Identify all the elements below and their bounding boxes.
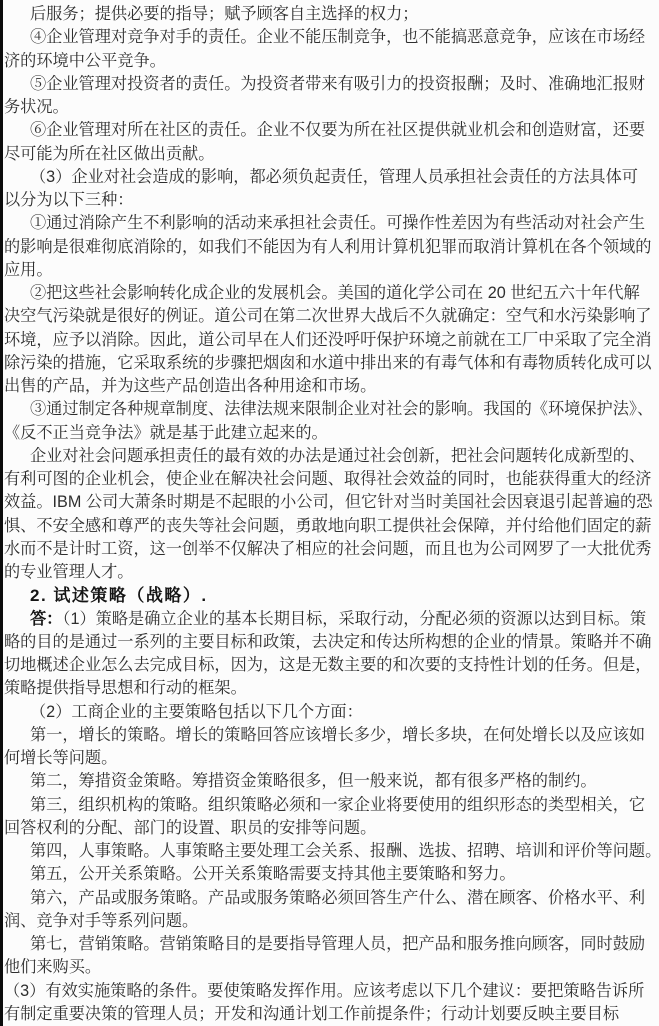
text-line: ①通过消除产生不利影响的活动来承担社会责任。可操作性差因为有些活动对社会产生 xyxy=(3,212,659,235)
text-line: ②把这些社会影响转化成企业的发展机会。美国的道化学公司在 20 世纪五六十年代解 xyxy=(3,282,659,305)
text-line: ④企业管理对竞争对手的责任。企业不能压制竞争，也不能搞恶意竞争，应该在市场经 xyxy=(3,26,659,49)
text-line: 出售的产品，并为这些产品创造出各种用途和市场。 xyxy=(3,375,659,398)
answer-label: 答： xyxy=(30,610,62,628)
text-line: ⑥企业管理对所在社区的责任。企业不仅要为所在社区提供就业机会和创造财富，还要 xyxy=(3,119,659,142)
text-line: 务状况。 xyxy=(3,96,659,119)
text-line: 第五，公开关系策略。公开关系策略需要支持其他主要策略和努力。 xyxy=(3,863,659,886)
text-line: 惧、不安全感和尊严的丧失等社会问题，勇敢地向职工提供社会保障，并付给他们固定的薪 xyxy=(3,515,659,538)
text-line: ③通过制定各种规章制度、法律法规来限制企业对社会的影响。我国的《环境保护法》、 xyxy=(3,398,659,421)
text-line: 第七，营销策略。营销策略目的是要指导管理人员，把产品和服务推向顾客，同时鼓励 xyxy=(3,933,659,956)
text-line: 尽可能为所在社区做出贡献。 xyxy=(3,143,659,166)
text-line: 有制定重要决策的管理人员；开发和沟通计划工作前提条件；行动计划要反映主要目标 xyxy=(3,1003,659,1026)
text-line: 略的目的是通过一系列的主要目标和政策，去决定和传达所构想的企业的情景。策略并不确 xyxy=(3,631,659,654)
answer-first-line: （1）策略是确立企业的基本长期目标，采取行动，分配必须的资源以达到目标。策 xyxy=(62,610,646,628)
text-line: 的专业管理人才。 xyxy=(3,561,659,584)
text-line: （3）企业对社会造成的影响，都必须负起责任，管理人员承担社会责任的方法具体可 xyxy=(3,166,659,189)
text-line: 企业对社会问题承担责任的最有效的办法是通过社会创新，把社会问题转化成新型的、 xyxy=(3,445,659,468)
text-line: 有利可图的企业机会，使企业在解决社会问题、取得社会效益的同时，也能获得重大的经济 xyxy=(3,468,659,491)
text-line: 环境，应予以消除。因此，道公司早在人们还没呼吁保护环境之前就在工厂中采取了完全消 xyxy=(3,329,659,352)
text-line: 答：（1）策略是确立企业的基本长期目标，采取行动，分配必须的资源以达到目标。策 xyxy=(3,608,659,631)
text-line: 除污染的措施，它采取系统的步骤把烟囱和水道中排出来的有毒气体和有毒物质转化成可以 xyxy=(3,352,659,375)
text-line: 他们来购买。 xyxy=(3,956,659,979)
text-line: 何增长等问题。 xyxy=(3,747,659,770)
text-line: 第二，筹措资金策略。筹措资金策略很多，但一般来说，都有很多严格的制约。 xyxy=(3,770,659,793)
text-line: 济的环境中公平竞争。 xyxy=(3,50,659,73)
text-line: 的影响是很难彻底消除的，如我们不能因为有人利用计算机犯罪而取消计算机在各个领域的 xyxy=(3,236,659,259)
text-line: 切地概述企业怎么去完成目标，因为，这是无数主要的和次要的支持性计划的任务。但是， xyxy=(3,654,659,677)
document-page: 后服务；提供必要的指导；赋予顾客自主选择的权力； ④企业管理对竞争对手的责任。企… xyxy=(3,0,659,1026)
text-line: 回答权利的分配、部门的设置、职员的安排等问题。 xyxy=(3,817,659,840)
text-line: 以分为以下三种： xyxy=(3,189,659,212)
text-line: 第一，增长的策略。增长的策略回答应该增长多少，增长多块，在何处增长以及应该如 xyxy=(3,724,659,747)
text-line: （2）工商企业的主要策略包括以下几个方面： xyxy=(3,701,659,724)
text-line: 策略提供指导思想和行动的框架。 xyxy=(3,677,659,700)
question-2-heading: 2. 试述策略（战略）. xyxy=(3,584,659,607)
text-line: 后服务；提供必要的指导；赋予顾客自主选择的权力； xyxy=(3,3,659,26)
text-line: 《反不正当竞争法》就是基于此建立起来的。 xyxy=(3,422,659,445)
text-line: 第四，人事策略。人事策略主要处理工会关系、报酬、选拔、招聘、培训和评价等问题。 xyxy=(3,840,659,863)
text-line: 效益。IBM 公司大萧条时期是不起眼的小公司，但它针对当时美国社会因衰退引起普遍… xyxy=(3,491,659,514)
text-line: 润、竞争对手等系列问题。 xyxy=(3,910,659,933)
text-line: 第三，组织机构的策略。组织策略必须和一家企业将要使用的组织形态的类型相关，它 xyxy=(3,794,659,817)
text-line: 水而不是计时工资，这一创举不仅解决了相应的社会问题，而且也为公司网罗了一大批优秀 xyxy=(3,538,659,561)
text-line: （3）有效实施策略的条件。要使策略发挥作用。应该考虑以下几个建议：要把策略告诉所 xyxy=(3,980,659,1003)
text-line: 第六，产品或服务策略。产品或服务策略必须回答生产什么、潜在顾客、价格水平、利 xyxy=(3,887,659,910)
text-line: 决空气污染就是很好的例证。道公司在第二次世界大战后不久就确定：空气和水污染影响了 xyxy=(3,305,659,328)
text-line: 应用。 xyxy=(3,259,659,282)
text-line: ⑤企业管理对投资者的责任。为投资者带来有吸引力的投资报酬；及时、准确地汇报财 xyxy=(3,73,659,96)
